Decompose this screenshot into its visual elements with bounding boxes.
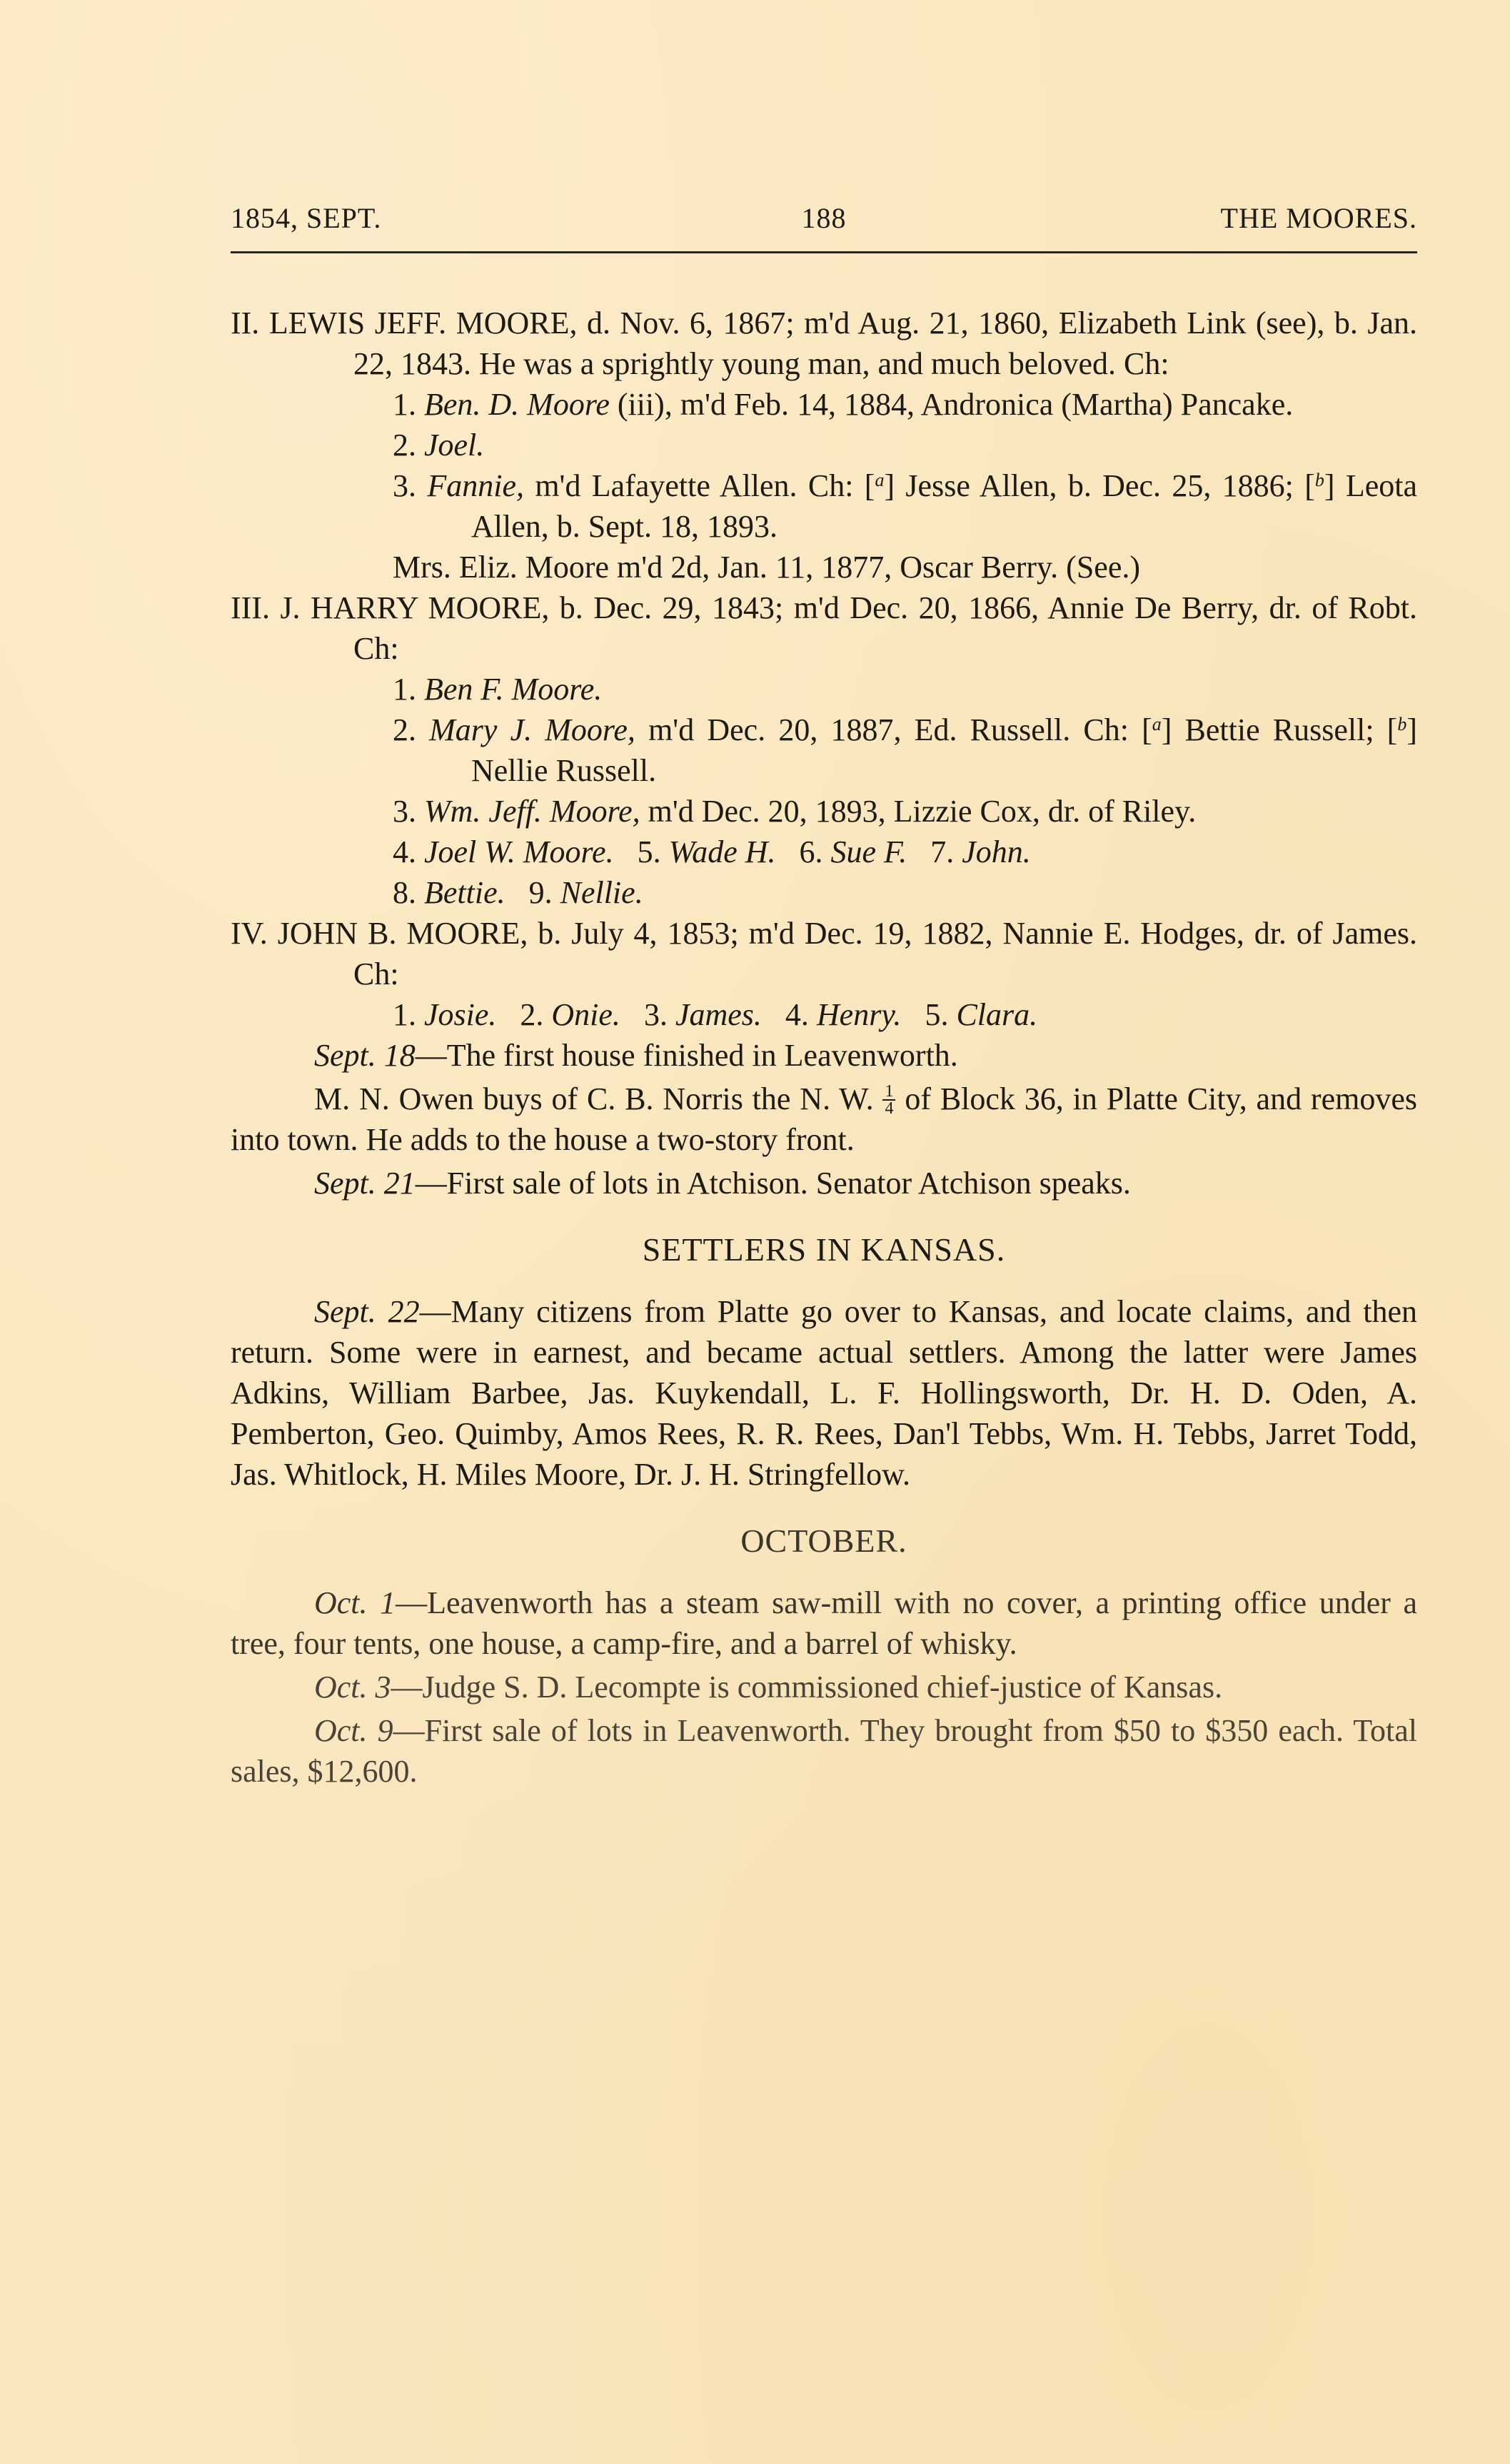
paragraph-sept-22: Sept. 22—Many citizens from Platte go ov… (231, 1291, 1417, 1495)
superscript-a: a (1152, 714, 1162, 734)
child-name: Sue F. (831, 834, 907, 869)
entry-lewis-jeff-moore: II. LEWIS JEFF. MOORE, d. Nov. 6, 1867; … (231, 303, 1417, 384)
child-item-line: 8. Bettie. 9. Nellie. (231, 872, 1417, 913)
paragraph-text: —First sale of lots in Atchison. Senator… (416, 1166, 1131, 1201)
child-item-line: 1. Josie. 2. Onie. 3. James. 4. Henry. 5… (231, 994, 1417, 1035)
child-name: Ben F. Moore. (424, 672, 602, 707)
entry-numeral: II. (231, 306, 259, 340)
child-text: m'd Lafayette Allen. Ch: [ (524, 468, 875, 503)
paragraph-text: —Leavenworth has a steam saw-mill with n… (231, 1585, 1417, 1661)
paragraph-sept-18: Sept. 18—The first house finished in Lea… (231, 1035, 1417, 1076)
fraction-numerator: 1 (882, 1084, 895, 1101)
child-number: 3. (393, 794, 416, 829)
paragraph-owen: M. N. Owen buys of C. B. Norris the N. W… (231, 1079, 1417, 1160)
child-name: Henry. (817, 997, 902, 1032)
child-number: 7. (930, 834, 954, 869)
child-number: 9. (529, 875, 553, 910)
entry-name: JOHN B. MOORE, (278, 916, 528, 951)
superscript-b: b (1315, 470, 1324, 490)
child-name: Josie. (424, 997, 496, 1032)
child-text: (iii), m'd Feb. 14, 1884, Andronica (Mar… (610, 387, 1293, 422)
child-number: 8. (393, 875, 416, 910)
entry-date: Sept. 22 (314, 1294, 420, 1329)
child-number: 6. (800, 834, 823, 869)
child-name: Clara. (956, 997, 1037, 1032)
entry-name: LEWIS JEFF. MOORE, (269, 306, 578, 340)
child-item: 3. Fannie, m'd Lafayette Allen. Ch: [a] … (231, 465, 1417, 547)
header-rule (231, 251, 1417, 253)
child-text: ] Jesse Allen, b. Dec. 25, 1886; [ (884, 468, 1314, 503)
paragraph-text: M. N. Owen buys of C. B. Norris the N. W… (314, 1081, 882, 1116)
entry-date: Oct. 1 (314, 1585, 396, 1620)
section-heading-settlers: SETTLERS IN KANSAS. (231, 1229, 1417, 1270)
entry-date: Sept. 21 (314, 1166, 416, 1201)
child-name: Bettie. (424, 875, 505, 910)
child-number: 3. (393, 468, 416, 503)
entry-date: Oct. 9 (314, 1713, 393, 1748)
entry-john-b-moore: IV. JOHN B. MOORE, b. July 4, 1853; m'd … (231, 913, 1417, 994)
child-text: m'd Dec. 20, 1887, Ed. Russell. Ch: [ (635, 712, 1152, 747)
page-body: II. LEWIS JEFF. MOORE, d. Nov. 6, 1867; … (231, 303, 1417, 1792)
child-item: 2. Joel. (231, 425, 1417, 465)
child-item: 3. Wm. Jeff. Moore, m'd Dec. 20, 1893, L… (231, 791, 1417, 832)
entry-date: Oct. 3 (314, 1670, 391, 1705)
child-number: 2. (393, 428, 416, 463)
child-number: 1. (393, 387, 416, 422)
child-item: 1. Ben. D. Moore (iii), m'd Feb. 14, 188… (231, 384, 1417, 425)
child-item: 1. Ben F. Moore. (231, 669, 1417, 710)
child-name: Nellie. (560, 875, 643, 910)
entry-j-harry-moore: III. J. HARRY MOORE, b. Dec. 29, 1843; m… (231, 587, 1417, 669)
child-item-line: 4. Joel W. Moore. 5. Wade H. 6. Sue F. 7… (231, 832, 1417, 872)
child-name: James. (675, 997, 762, 1032)
child-number: 2. (393, 712, 416, 747)
child-name: Mary J. Moore, (429, 712, 635, 747)
superscript-b: b (1397, 714, 1406, 734)
section-heading-october: OCTOBER. (231, 1520, 1417, 1561)
child-number: 2. (520, 997, 543, 1032)
child-number: 4. (393, 834, 416, 869)
child-text: ] Bettie Russell; [ (1162, 712, 1398, 747)
child-number: 5. (638, 834, 661, 869)
child-number: 5. (925, 997, 948, 1032)
paragraph-oct-1: Oct. 1—Leavenworth has a steam saw-mill … (231, 1582, 1417, 1664)
child-name: Wade H. (669, 834, 776, 869)
child-name: John. (962, 834, 1031, 869)
child-name: Fannie, (427, 468, 524, 503)
superscript-a: a (875, 470, 884, 490)
header-title: THE MOORES. (1221, 201, 1417, 235)
paragraph-oct-9: Oct. 9—First sale of lots in Leavenworth… (231, 1710, 1417, 1792)
entry-date: Sept. 18 (314, 1038, 416, 1073)
child-number: 3. (644, 997, 668, 1032)
entry-numeral: IV. (231, 916, 268, 951)
child-name: Joel W. Moore. (424, 834, 614, 869)
fraction-one-quarter: 14 (882, 1084, 895, 1116)
child-text: m'd Dec. 20, 1893, Lizzie Cox, dr. of Ri… (640, 794, 1197, 829)
fraction-denominator: 4 (882, 1101, 895, 1116)
entry-note: Mrs. Eliz. Moore m'd 2d, Jan. 11, 1877, … (231, 547, 1417, 587)
entry-numeral: III. (231, 590, 270, 625)
child-name: Wm. Jeff. Moore, (424, 794, 640, 829)
child-number: 1. (393, 672, 416, 707)
paragraph-text: —The first house finished in Leavenworth… (416, 1038, 958, 1073)
child-number: 1. (393, 997, 416, 1032)
paragraph-oct-3: Oct. 3—Judge S. D. Lecompte is commissio… (231, 1667, 1417, 1707)
child-item: 2. Mary J. Moore, m'd Dec. 20, 1887, Ed.… (231, 710, 1417, 791)
child-name: Onie. (551, 997, 620, 1032)
entry-name: J. HARRY MOORE, (280, 590, 549, 625)
child-name: Joel. (424, 428, 484, 463)
paragraph-text: —Judge S. D. Lecompte is commissioned ch… (391, 1670, 1223, 1705)
child-name: Ben. D. Moore (424, 387, 610, 422)
paragraph-sept-21: Sept. 21—First sale of lots in Atchison.… (231, 1163, 1417, 1203)
running-header: 1854, SEPT. 188 THE MOORES. (231, 201, 1417, 237)
paragraph-text: —First sale of lots in Leavenworth. They… (231, 1713, 1417, 1789)
child-number: 4. (785, 997, 809, 1032)
